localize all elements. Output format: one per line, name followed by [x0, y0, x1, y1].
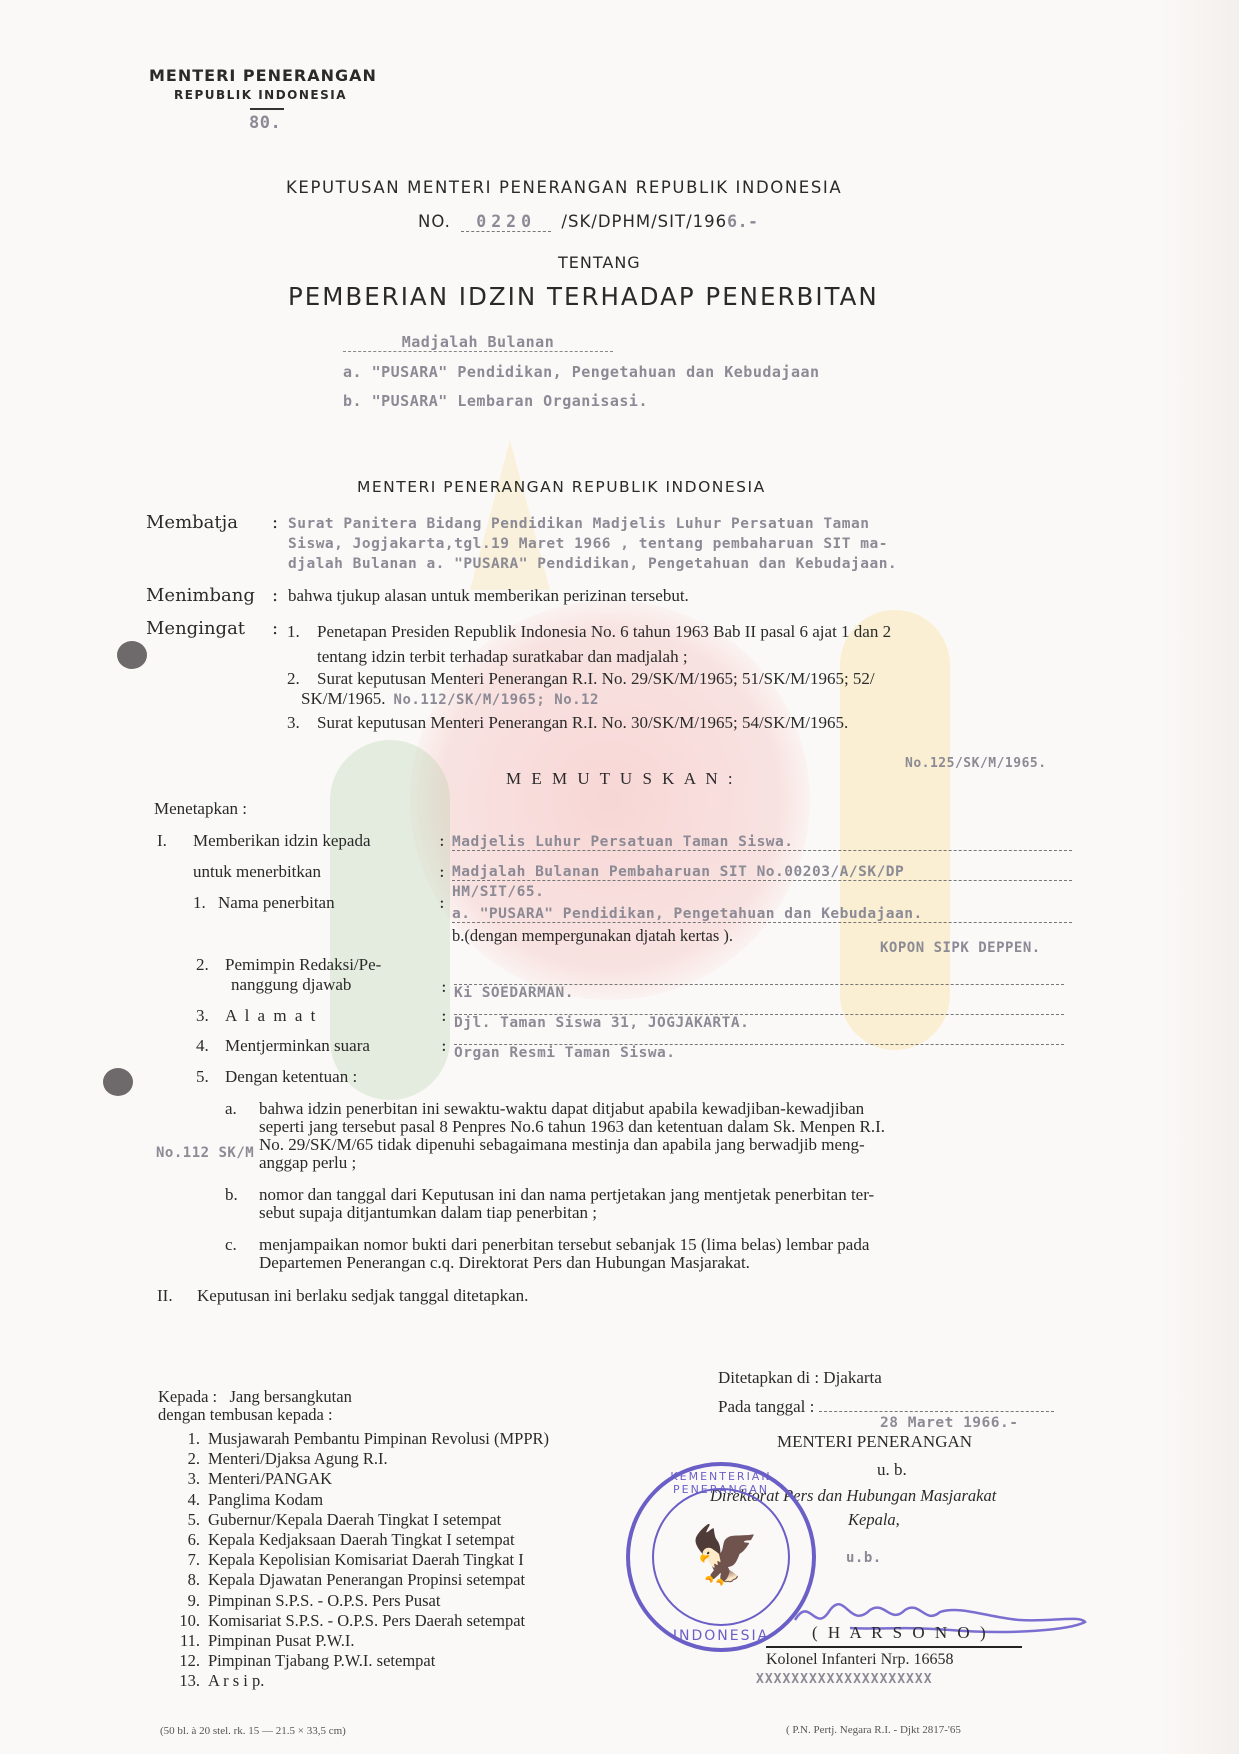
letterhead-republic: REPUBLIK INDONESIA: [174, 88, 347, 102]
struck-text: XXXXXXXXXXXXXXXXXXXX: [756, 1672, 933, 1687]
cc-list-item: 7.Kepala Kepolisian Komisariat Daerah Ti…: [170, 1550, 549, 1570]
letterhead-number-stamp: 80.: [249, 113, 281, 133]
mengingat-label: Mengingat: [146, 618, 245, 639]
publication-a: a. "PUSARA" Pendidikan, Pengetahuan dan …: [343, 363, 820, 381]
cc-item-number: 13.: [170, 1671, 200, 1691]
provision-item: c. menjampaikan nomor bukti dari penerbi…: [225, 1236, 1095, 1272]
pada-tanggal: Pada tanggal :: [718, 1397, 1054, 1417]
cc-list-item: 10.Komisariat S.P.S. - O.P.S. Pers Daera…: [170, 1611, 549, 1631]
cc-item-number: 9.: [170, 1591, 200, 1611]
cc-list-item: 9.Pimpinan S.P.S. - O.P.S. Pers Pusat: [170, 1591, 549, 1611]
letterhead-ministry: MENTERI PENERANGAN: [149, 66, 377, 85]
cc-item-number: 10.: [170, 1611, 200, 1631]
decree-subject: PEMBERIAN IDZIN TERHADAP PENERBITAN: [288, 282, 879, 311]
cc-list-item: 6.Kepala Kedjaksaan Daerah Tingkat I set…: [170, 1530, 549, 1550]
decree-title: KEPUTUSAN MENTERI PENERANGAN REPUBLIK IN…: [286, 178, 842, 197]
cc-list-item: 3.Menteri/PANGAK: [170, 1469, 549, 1489]
untuk-label: untuk menerbitkan: [193, 862, 321, 882]
eagle-emblem-icon: 🦅: [690, 1516, 750, 1596]
colon: :: [439, 862, 445, 882]
decree-number: NO. 0220 /SK/DPHM/SIT/1966.-: [418, 212, 758, 232]
decree-number-label: NO.: [418, 212, 451, 231]
colon: :: [439, 831, 445, 851]
cc-item-text: Kepala Kedjaksaan Daerah Tingkat I setem…: [208, 1530, 515, 1549]
cc-item-text: Menteri/PANGAK: [208, 1469, 332, 1488]
item1-roman: I.: [157, 831, 167, 851]
letterhead-rule: [250, 108, 284, 110]
field-label-nama-penerbitan: Nama penerbitan: [218, 893, 335, 913]
publication-b: b. "PUSARA" Lembaran Organisasi.: [343, 392, 648, 410]
minister-heading: MENTERI PENERANGAN REPUBLIK INDONESIA: [357, 478, 766, 496]
colon: :: [441, 977, 447, 997]
mengingat-item: 1.Penetapan Presiden Republik Indonesia …: [287, 619, 891, 644]
cc-item-text: Kepala Kepolisian Komisariat Daerah Ting…: [208, 1550, 524, 1569]
cc-item-number: 6.: [170, 1530, 200, 1550]
cc-list-item: 5.Gubernur/Kepala Daerah Tingkat I setem…: [170, 1510, 549, 1530]
colon: :: [439, 893, 445, 913]
page-edge-shadow: [1159, 0, 1239, 1754]
mengingat-list: 1.Penetapan Presiden Republik Indonesia …: [287, 619, 891, 735]
kepala-label: Kepala,: [848, 1510, 900, 1530]
colon: :: [272, 618, 278, 639]
ditetapkan-di: Ditetapkan di : Djakarta: [718, 1368, 882, 1388]
colon: :: [272, 512, 278, 533]
cc-item-number: 7.: [170, 1550, 200, 1570]
pemimpin-redaksi-value: Ki SOEDARMAN.: [454, 984, 1064, 1001]
memutuskan-heading: M E M U T U S K A N :: [506, 769, 736, 789]
decree-number-suffix: /SK/DPHM/SIT/196: [561, 212, 727, 231]
distribution: Kepada : Jang bersangkutan dengan tembus…: [158, 1388, 352, 1424]
membatja-label: Membatja: [146, 512, 238, 533]
untuk-value-1: Madjalah Bulanan Pembaharuan SIT No.0020…: [452, 864, 1072, 881]
nama-penerbitan-a: a. "PUSARA" Pendidikan, Pengetahuan dan …: [452, 906, 1072, 923]
typed-insert-2: No.125/SK/M/1965.: [905, 756, 1047, 771]
alamat-value: Djl. Taman Siswa 31, JOGJAKARTA.: [454, 1014, 1064, 1031]
cc-item-number: 11.: [170, 1631, 200, 1651]
cc-item-number: 3.: [170, 1469, 200, 1489]
cc-list-item: 12.Pimpinan Tjabang P.W.I. setempat: [170, 1651, 549, 1671]
tanggal-value: 28 Maret 1966.-: [880, 1415, 1018, 1431]
provisions-list: a. bahwa idzin penerbitan ini sewaktu-wa…: [225, 1100, 1095, 1272]
item1-value: Madjelis Luhur Persatuan Taman Siswa.: [452, 834, 1072, 851]
menimbang-text: bahwa tjukup alasan untuk memberikan per…: [288, 586, 689, 606]
untuk-value-2: HM/SIT/65.: [452, 884, 544, 900]
field-label-dengan-ketentuan: Dengan ketentuan :: [225, 1067, 357, 1087]
cc-item-number: 12.: [170, 1651, 200, 1671]
field-num: 5.: [196, 1067, 209, 1087]
tentang-label: TENTANG: [558, 253, 641, 272]
cc-item-text: Menteri/Djaksa Agung R.I.: [208, 1449, 388, 1468]
field-num: 1.: [193, 893, 206, 913]
cc-item-number: 8.: [170, 1570, 200, 1590]
cc-item-text: Komisariat S.P.S. - O.P.S. Pers Daerah s…: [208, 1611, 525, 1630]
provision-item: a. bahwa idzin penerbitan ini sewaktu-wa…: [225, 1100, 1095, 1172]
cc-item-number: 2.: [170, 1449, 200, 1469]
cc-item-text: Kepala Djawatan Penerangan Propinsi sete…: [208, 1570, 525, 1589]
mengingat-item-cont: SK/M/1965.No.112/SK/M/1965; No.12: [287, 689, 891, 710]
kepada-line: Kepada : Jang bersangkutan: [158, 1388, 352, 1406]
provision-item: b. nomor dan tanggal dari Keputusan ini …: [225, 1186, 1095, 1222]
field-label-mentjerminkan-suara: Mentjerminkan suara: [225, 1036, 370, 1056]
cc-item-text: Pimpinan Tjabang P.W.I. setempat: [208, 1651, 435, 1670]
field-label-pemimpin-redaksi: Pemimpin Redaksi/Pe- nanggung djawab: [225, 955, 381, 995]
cc-item-text: Pimpinan Pusat P.W.I.: [208, 1631, 355, 1650]
signatory-name: ( H A R S O N O ): [812, 1623, 989, 1643]
decree-year-digit: 6.-: [727, 212, 758, 231]
signatory-title: MENTERI PENERANGAN: [777, 1432, 972, 1452]
menimbang-label: Menimbang: [146, 585, 255, 606]
colon: :: [441, 1036, 447, 1056]
official-stamp: KEMENTERIAN PENERANGAN 🦅 INDONESIA: [626, 1462, 816, 1652]
cc-item-text: Pimpinan S.P.S. - O.P.S. Pers Pusat: [208, 1591, 440, 1610]
mengingat-item-cont: tentang idzin terbit terhadap suratkabar…: [287, 644, 891, 669]
signatory-rank: Kolonel Infanteri Nrp. 16658: [766, 1651, 954, 1669]
cc-item-number: 4.: [170, 1490, 200, 1510]
cc-item-number: 5.: [170, 1510, 200, 1530]
cc-list-item: 4.Panglima Kodam: [170, 1490, 549, 1510]
margin-note: No.112 SK/M: [156, 1145, 254, 1161]
item2-text: Keputusan ini berlaku sedjak tanggal dit…: [197, 1286, 528, 1306]
item2-roman: II.: [157, 1286, 173, 1306]
cc-list-item: 13.A r s i p.: [170, 1671, 549, 1691]
mentjerminkan-suara-value: Organ Resmi Taman Siswa.: [454, 1044, 1064, 1061]
cc-list-item: 8.Kepala Djawatan Penerangan Propinsi se…: [170, 1570, 549, 1590]
field-num: 3.: [196, 1006, 209, 1026]
ub-label: u. b.: [877, 1460, 907, 1480]
colon: :: [272, 585, 278, 606]
cc-item-text: Musjawarah Pembantu Pimpinan Revolusi (M…: [208, 1429, 549, 1448]
cc-list-item: 1.Musjawarah Pembantu Pimpinan Revolusi …: [170, 1429, 549, 1449]
mengingat-item: 3.Surat keputusan Menteri Penerangan R.I…: [287, 710, 891, 735]
footer-paper-spec: (50 bl. à 20 stel. rk. 15 — 21.5 × 33,5 …: [160, 1725, 346, 1737]
menetapkan-label: Menetapkan :: [154, 799, 247, 819]
nama-penerbitan-b-typed: KOPON SIPK DEPPEN.: [880, 940, 1041, 956]
cc-list-item: 11.Pimpinan Pusat P.W.I.: [170, 1631, 549, 1651]
cc-item-text: Panglima Kodam: [208, 1490, 323, 1509]
field-num: 4.: [196, 1036, 209, 1056]
colon: :: [441, 1006, 447, 1026]
item1-label: Memberikan idzin kepada: [193, 831, 371, 851]
field-label-alamat: A l a m a t: [225, 1006, 317, 1026]
cc-item-number: 1.: [170, 1429, 200, 1449]
cc-list: 1.Musjawarah Pembantu Pimpinan Revolusi …: [170, 1429, 549, 1692]
cc-item-text: A r s i p.: [208, 1671, 264, 1690]
tembusan-label: dengan tembusan kepada :: [158, 1406, 352, 1424]
footer-printer: ( P.N. Pertj. Negara R.I. - Djkt 2817-'6…: [786, 1724, 961, 1736]
field-num: 2.: [196, 955, 209, 975]
mengingat-item: 2.Surat keputusan Menteri Penerangan R.I…: [287, 669, 891, 689]
signature-rule: [766, 1646, 1022, 1648]
punch-hole-icon: [103, 1068, 133, 1096]
nama-penerbitan-b: b.(dengan mempergunakan djatah kertas ).: [452, 926, 733, 946]
cc-list-item: 2.Menteri/Djaksa Agung R.I.: [170, 1449, 549, 1469]
cc-item-text: Gubernur/Kepala Daerah Tingkat I setempa…: [208, 1510, 501, 1529]
decree-number-value: 0220: [461, 212, 551, 232]
punch-hole-icon: [117, 641, 147, 669]
publication-type: Madjalah Bulanan: [343, 333, 613, 352]
membatja-text: Surat Panitera Bidang Pendidikan Madjeli…: [288, 514, 897, 574]
stamp-bottom-text: INDONESIA: [630, 1628, 812, 1644]
stamp-top-text: KEMENTERIAN PENERANGAN: [630, 1470, 812, 1496]
ub-typed: u.b.: [846, 1550, 882, 1566]
